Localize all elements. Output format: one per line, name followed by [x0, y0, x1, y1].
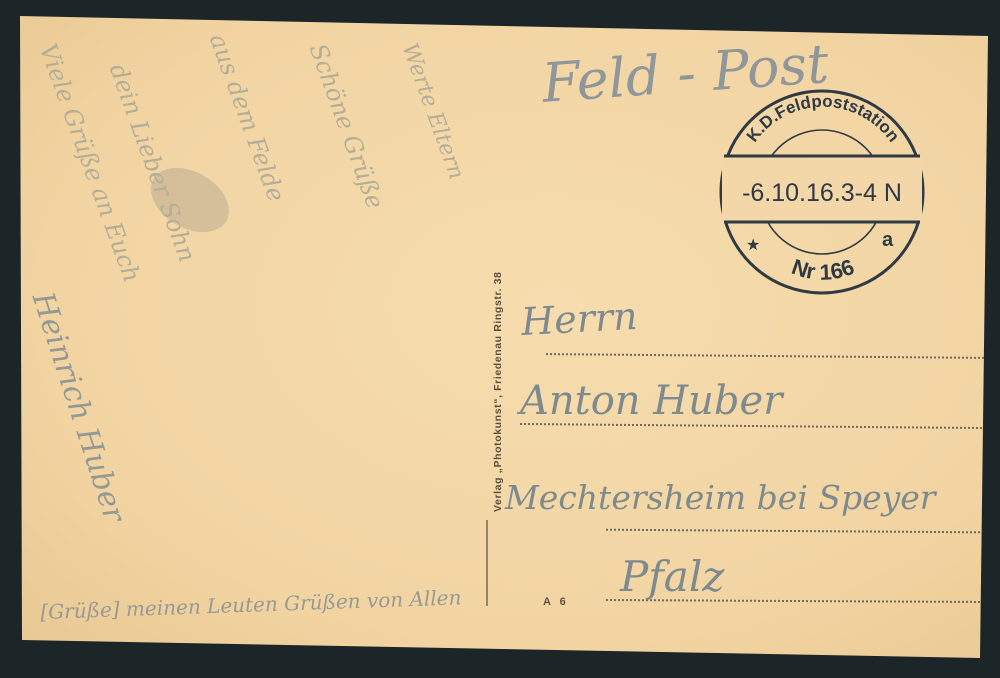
postcard: Viele Grüße an Euch dein Lieber Sohn aus… — [0, 0, 1000, 678]
postmark-suffix: a — [882, 229, 894, 251]
postmark-bottom-text: Nr 166 — [789, 254, 858, 285]
series-code: A 6 — [543, 596, 569, 608]
address-region: Pfalz — [620, 552, 724, 601]
publisher-imprint: Verlag „Photokunst“, Friedenau Ringstr. … — [492, 272, 504, 513]
postmark-stamp: K.D.Feldpoststation -6.10.16.3-4 N ★ a N… — [712, 84, 932, 300]
postmark-top-text: K.D.Feldpoststation — [743, 92, 903, 146]
star-icon: ★ — [746, 237, 760, 254]
address-salutation: Herrn — [520, 294, 639, 344]
postmark-date: -6.10.16.3-4 N — [742, 179, 902, 207]
address-name: Anton Huber — [520, 378, 782, 424]
address-town: Mechtersheim bei Speyer — [505, 478, 936, 517]
